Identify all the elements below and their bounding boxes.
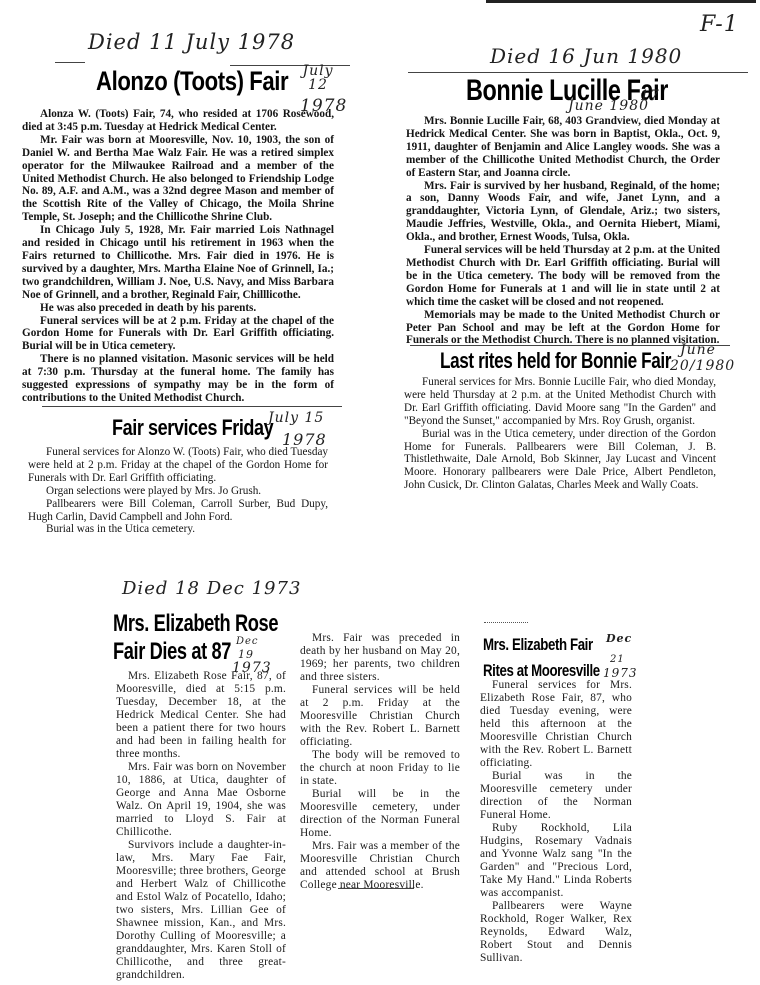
paragraph: Burial will be in the Mooresville cemete…: [300, 788, 460, 840]
headline-alonzo: Alonzo (Toots) Fair: [96, 66, 288, 97]
paragraph: In Chicago July 5, 1928, Mr. Fair marrie…: [22, 224, 334, 301]
paragraph: Mr. Fair was born at Mooresville, Nov. 1…: [22, 134, 334, 224]
obituary-elizabeth-column2: Mrs. Fair was preceded in death by her h…: [300, 632, 460, 892]
paragraph: Mrs. Fair is survived by her husband, Re…: [406, 180, 720, 245]
handwritten-death-note: Died 16 Jun 1980: [490, 44, 682, 68]
handwritten-date: Dec: [236, 636, 259, 647]
headline-bonnie-rites: Last rites held for Bonnie Fair: [440, 348, 671, 374]
headline-line: Mrs. Elizabeth Fair: [483, 632, 600, 658]
paragraph: There is no planned visitation. Masonic …: [22, 353, 334, 405]
obituary-alonzo: Alonza W. (Toots) Fair, 74, who resided …: [22, 108, 334, 405]
handwritten-month: July: [298, 64, 338, 78]
paragraph: The body will be removed to the church a…: [300, 749, 460, 788]
handwritten-date: June 1980: [568, 98, 649, 114]
obituary-bonnie: Mrs. Bonnie Lucille Fair, 68, 403 Grandv…: [406, 115, 720, 347]
divider: [338, 888, 414, 889]
paragraph: Memorials may be made to the United Meth…: [406, 309, 720, 348]
handwritten-date: Dec: [606, 632, 632, 645]
divider: [484, 622, 528, 623]
handwritten-date: July 15: [268, 410, 324, 426]
paragraph: Funeral services for Mrs. Elizabeth Rose…: [480, 679, 632, 770]
handwritten-year: 1973: [603, 666, 638, 680]
divider: [408, 72, 748, 73]
handwritten-day: 12: [298, 78, 338, 92]
paragraph: Funeral services will be at 2 p.m. Frida…: [22, 315, 334, 354]
obituary-elizabeth-rites: Funeral services for Mrs. Elizabeth Rose…: [480, 679, 632, 965]
divider: [486, 0, 756, 3]
paragraph: Mrs. Elizabeth Rose Fair, 87, of Mooresv…: [116, 670, 286, 761]
obituary-alonzo-services: Funeral services for Alonzo W. (Toots) F…: [28, 446, 328, 536]
handwritten-death-note: Died 11 July 1978: [88, 30, 295, 54]
paragraph: Mrs. Fair was born on November 10, 1886,…: [116, 761, 286, 839]
paragraph: Alonza W. (Toots) Fair, 74, who resided …: [22, 108, 334, 134]
obituary-bonnie-rites: Funeral services for Mrs. Bonnie Lucille…: [404, 376, 716, 492]
page-label: F-1: [700, 12, 739, 37]
paragraph: Funeral services will be held Thursday a…: [406, 244, 720, 309]
headline-elizabeth-rites: Mrs. Elizabeth Fair Rites at Mooresville: [483, 632, 600, 684]
obituary-elizabeth-column1: Mrs. Elizabeth Rose Fair, 87, of Mooresv…: [116, 670, 286, 982]
handwritten-date: June: [680, 342, 716, 358]
headline-line: Mrs. Elizabeth Rose: [113, 610, 278, 638]
paragraph: Burial was in the Mooresville cemetery u…: [480, 770, 632, 822]
handwritten-day: 20/1980: [670, 358, 735, 374]
paragraph: Funeral services for Alonzo W. (Toots) F…: [28, 446, 328, 485]
paragraph: Mrs. Fair was a member of the Mooresvill…: [300, 840, 460, 892]
paragraph: Funeral services for Mrs. Bonnie Lucille…: [404, 376, 716, 428]
paragraph: Pallbearers were Bill Coleman, Carroll S…: [28, 498, 328, 524]
paragraph: Burial was in the Utica cemetery, under …: [404, 428, 716, 493]
paragraph: Pallbearers were Wayne Rockhold, Roger W…: [480, 900, 632, 965]
paragraph: Organ selections were played by Mrs. Jo …: [28, 485, 328, 498]
paragraph: Survivors include a daughter-in-law, Mrs…: [116, 839, 286, 982]
paragraph: He was also preceded in death by his par…: [22, 302, 334, 315]
divider: [42, 406, 342, 407]
headline-fair-services: Fair services Friday: [112, 415, 273, 441]
paragraph: Mrs. Bonnie Lucille Fair, 68, 403 Grandv…: [406, 115, 720, 180]
paragraph: Burial was in the Utica cemetery.: [28, 523, 328, 536]
divider: [55, 62, 85, 63]
paragraph: Funeral services will be held at 2 p.m. …: [300, 684, 460, 749]
paragraph: Ruby Rockhold, Lila Hudgins, Rosemary Va…: [480, 822, 632, 900]
handwritten-day: 21: [610, 654, 625, 665]
handwritten-death-note: Died 18 Dec 1973: [122, 578, 301, 599]
paragraph: Mrs. Fair was preceded in death by her h…: [300, 632, 460, 684]
handwritten-date: July 12: [298, 64, 338, 92]
